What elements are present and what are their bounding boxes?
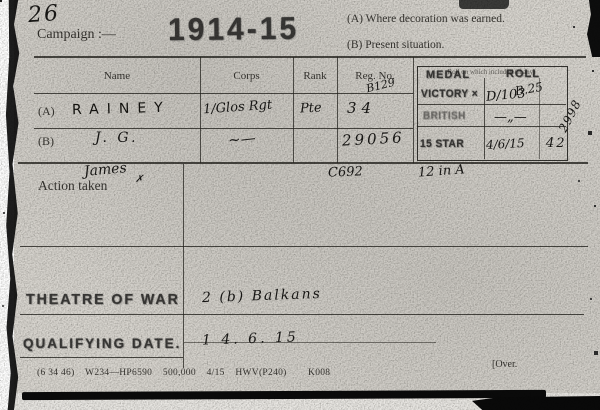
roll-box-rule-2 bbox=[417, 126, 566, 127]
row-a-reg-no: 34 bbox=[347, 99, 376, 117]
victory-medal-stamp: VICTORY × bbox=[421, 88, 478, 100]
medal-index-card: 26 Campaign :— 1914-15 (A) Where decorat… bbox=[0, 0, 600, 410]
qualifying-date-value: 1 4. 6. 15 bbox=[202, 329, 299, 348]
campaign-label: Campaign :— bbox=[37, 27, 116, 43]
action-entry-1: C692 bbox=[328, 164, 363, 180]
row-b-corps-ditto: ~— bbox=[227, 129, 256, 150]
note-b: (B) Present situation. bbox=[347, 39, 444, 51]
star-roll-ref: 4/6/15 bbox=[486, 136, 525, 152]
col-rule-4 bbox=[413, 57, 414, 163]
row-b-label: (B) bbox=[38, 134, 54, 149]
action-taken-label: Action taken bbox=[38, 178, 107, 194]
row-b-name: J. G. bbox=[95, 130, 139, 146]
action-check-mark: ✗ bbox=[135, 174, 143, 185]
cut-stamp-fragment bbox=[459, 0, 509, 9]
star-medal-stamp: 15 STAR bbox=[420, 138, 464, 150]
theatre-underline bbox=[20, 314, 584, 315]
campaign-stamp: 1914-15 bbox=[168, 11, 299, 48]
star-page-ref: 42 bbox=[546, 136, 567, 151]
roll-stamp: ROLL bbox=[506, 68, 540, 80]
over-note: [Over. bbox=[492, 359, 517, 370]
qualifying-date-stamp: QUALIFYING DATE. bbox=[23, 335, 181, 351]
mid-horizontal-rule bbox=[20, 246, 588, 247]
corner-number: 26 bbox=[27, 1, 61, 28]
col-header-corps: Corps bbox=[200, 70, 293, 82]
qualifying-underline bbox=[20, 357, 183, 358]
theatre-of-war-stamp: THEATRE OF WAR bbox=[26, 291, 180, 308]
lower-divider-rule bbox=[183, 164, 184, 368]
row-a-label: (A) bbox=[38, 104, 55, 119]
row-a-underline bbox=[34, 128, 413, 129]
british-roll-ditto: —„— bbox=[494, 110, 527, 125]
print-code: (6 34 46) W234—HP6590 500,000 4/15 HWV(P… bbox=[37, 368, 330, 378]
row-a-name: RAINEY bbox=[72, 100, 171, 119]
medal-stamp: MEDAL bbox=[426, 69, 470, 81]
col-header-name: Name bbox=[34, 70, 200, 82]
dust-speckles bbox=[0, 0, 2, 2]
british-medal-stamp: BRITISH bbox=[423, 110, 466, 122]
table-top-rule bbox=[34, 56, 586, 58]
header-underline bbox=[34, 93, 413, 94]
note-a: (A) Where decoration was earned. bbox=[347, 13, 505, 25]
row-b-reg-no: 29056 bbox=[342, 128, 406, 149]
col-header-rank: Rank bbox=[293, 70, 337, 82]
row-a-rank: Pte bbox=[300, 100, 322, 116]
